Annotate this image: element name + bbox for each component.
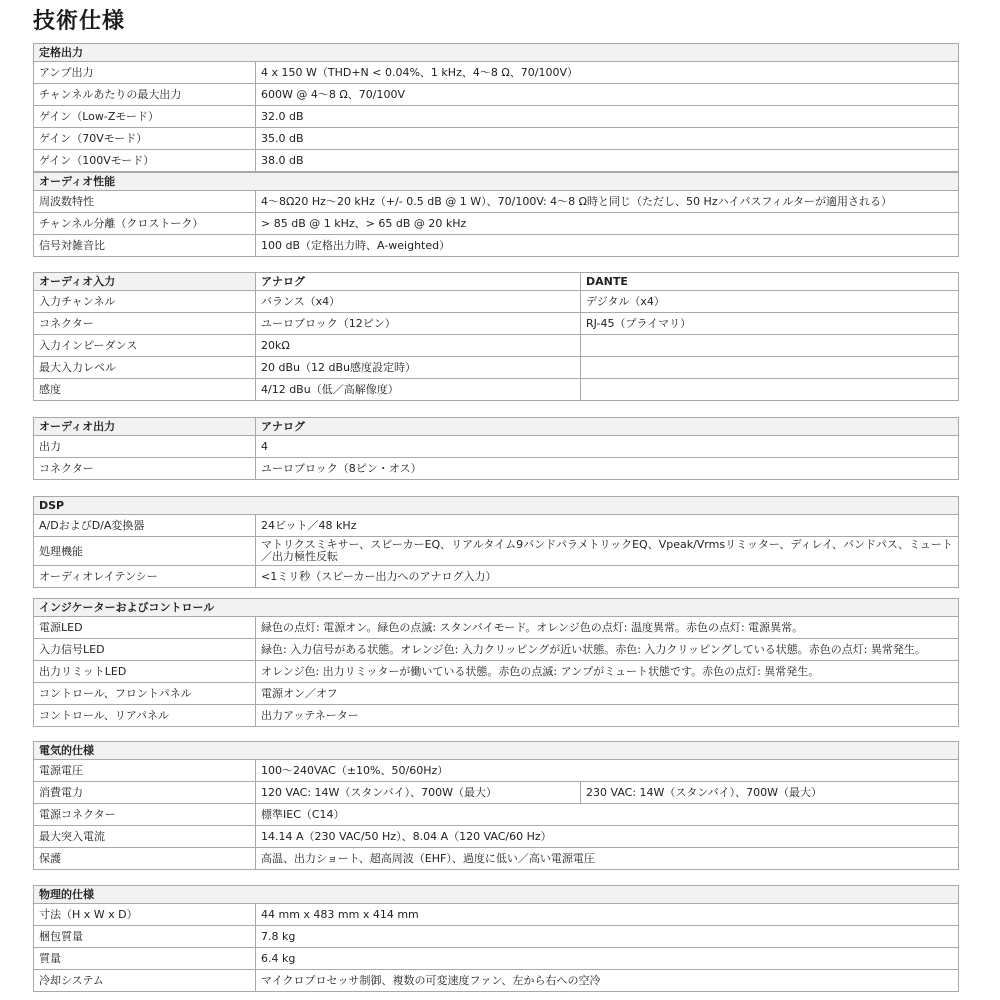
row-label: 出力リミットLED	[34, 661, 256, 683]
table-row: 最大突入電流14.14 A（230 VAC/50 Hz）、8.04 A（120 …	[34, 826, 959, 848]
table-row: ゲイン（100Vモード）38.0 dB	[34, 150, 959, 172]
row-value: オレンジ色: 出力リミッターが働いている状態。赤色の点滅: アンプがミュート状態…	[256, 661, 959, 683]
section-header: オーディオ性能	[34, 173, 959, 191]
section-header: DSP	[34, 497, 959, 515]
table-electrical: 電気的仕様 電源電圧100〜240VAC（±10%、50/60Hz） 消費電力1…	[33, 741, 959, 870]
table-audio-performance: オーディオ性能 周波数特性4〜8Ω20 Hz〜20 kHz（+/- 0.5 dB…	[33, 172, 959, 257]
row-label: 消費電力	[34, 782, 256, 804]
table-row: 信号対雑音比100 dB（定格出力時、A-weighted）	[34, 235, 959, 257]
row-label: 電源LED	[34, 617, 256, 639]
table-row: 入力インピーダンス20kΩ	[34, 335, 959, 357]
table-row: 電源電圧100〜240VAC（±10%、50/60Hz）	[34, 760, 959, 782]
section-header: オーディオ入力	[34, 273, 256, 291]
table-row: A/DおよびD/A変換器24ビット／48 kHz	[34, 515, 959, 537]
row-value-analog: 4/12 dBu（低／高解像度）	[256, 379, 581, 401]
row-value: 4〜8Ω20 Hz〜20 kHz（+/- 0.5 dB @ 1 W）、70/10…	[256, 191, 959, 213]
table-row: 電源LED緑色の点灯: 電源オン。緑色の点滅: スタンバイモード。オレンジ色の点…	[34, 617, 959, 639]
row-value: 4 x 150 W（THD+N < 0.04%、1 kHz、4〜8 Ω、70/1…	[256, 62, 959, 84]
row-label: ゲイン（100Vモード）	[34, 150, 256, 172]
table-row: 入力チャンネルバランス（x4）デジタル（x4）	[34, 291, 959, 313]
row-value: 緑色の点灯: 電源オン。緑色の点滅: スタンバイモード。オレンジ色の点灯: 温度…	[256, 617, 959, 639]
row-value: 38.0 dB	[256, 150, 959, 172]
table-row: チャンネル分離（クロストーク）> 85 dB @ 1 kHz、> 65 dB @…	[34, 213, 959, 235]
table-row: 質量6.4 kg	[34, 948, 959, 970]
row-value-dante: RJ-45（プライマリ）	[581, 313, 959, 335]
row-value: 7.8 kg	[256, 926, 959, 948]
row-label: 入力信号LED	[34, 639, 256, 661]
row-value-230vac: 230 VAC: 14W（スタンバイ）、700W（最大）	[581, 782, 959, 804]
table-row: 冷却システムマイクロプロセッサ制御、複数の可変速度ファン、左から右への空冷	[34, 970, 959, 992]
row-value: 32.0 dB	[256, 106, 959, 128]
table-row: コントロール、フロントパネル電源オン／オフ	[34, 683, 959, 705]
row-label: 電源電圧	[34, 760, 256, 782]
section-header: 定格出力	[34, 44, 959, 62]
row-value: 出力アッテネーター	[256, 705, 959, 727]
row-label: A/DおよびD/A変換器	[34, 515, 256, 537]
table-row: 電源コネクター標準IEC（C14）	[34, 804, 959, 826]
table-physical: 物理的仕様 寸法（H x W x D）44 mm x 483 mm x 414 …	[33, 885, 959, 992]
row-label: 入力チャンネル	[34, 291, 256, 313]
table-row: 入力信号LED緑色: 入力信号がある状態。オレンジ色: 入力クリッピングが近い状…	[34, 639, 959, 661]
row-value-dante	[581, 379, 959, 401]
row-label: 信号対雑音比	[34, 235, 256, 257]
row-label: 電源コネクター	[34, 804, 256, 826]
table-row: コネクターユーロブロック（8ピン・オス）	[34, 458, 959, 480]
column-header-dante: DANTE	[581, 273, 959, 291]
row-label: コントロール、フロントパネル	[34, 683, 256, 705]
row-value: <1ミリ秒（スピーカー出力へのアナログ入力）	[256, 566, 959, 588]
row-label: コネクター	[34, 458, 256, 480]
row-value-analog: ユーロブロック（12ピン）	[256, 313, 581, 335]
row-value: 35.0 dB	[256, 128, 959, 150]
row-label: ゲイン（70Vモード）	[34, 128, 256, 150]
table-dsp: DSP A/DおよびD/A変換器24ビット／48 kHz 処理機能マトリクスミキ…	[33, 496, 959, 588]
row-value-dante	[581, 335, 959, 357]
row-label: 質量	[34, 948, 256, 970]
table-row: 出力4	[34, 436, 959, 458]
row-value-analog: 20kΩ	[256, 335, 581, 357]
row-value: 電源オン／オフ	[256, 683, 959, 705]
table-row: チャンネルあたりの最大出力600W @ 4〜8 Ω、70/100V	[34, 84, 959, 106]
row-value: 緑色: 入力信号がある状態。オレンジ色: 入力クリッピングが近い状態。赤色: 入…	[256, 639, 959, 661]
row-label: コントロール、リアパネル	[34, 705, 256, 727]
section-header: 電気的仕様	[34, 742, 959, 760]
row-label: ゲイン（Low-Zモード）	[34, 106, 256, 128]
table-row: 最大入力レベル20 dBu（12 dBu感度設定時）	[34, 357, 959, 379]
row-label: チャンネル分離（クロストーク）	[34, 213, 256, 235]
table-row: アンプ出力4 x 150 W（THD+N < 0.04%、1 kHz、4〜8 Ω…	[34, 62, 959, 84]
row-label: 寸法（H x W x D）	[34, 904, 256, 926]
row-label: 感度	[34, 379, 256, 401]
section-header: オーディオ出力	[34, 418, 256, 436]
table-row: 周波数特性4〜8Ω20 Hz〜20 kHz（+/- 0.5 dB @ 1 W）、…	[34, 191, 959, 213]
table-row: 出力リミットLEDオレンジ色: 出力リミッターが働いている状態。赤色の点滅: ア…	[34, 661, 959, 683]
row-value: 600W @ 4〜8 Ω、70/100V	[256, 84, 959, 106]
table-audio-input: オーディオ入力 アナログ DANTE 入力チャンネルバランス（x4）デジタル（x…	[33, 272, 959, 401]
table-row: 処理機能マトリクスミキサー、スピーカーEQ、リアルタイム9バンドパラメトリックE…	[34, 537, 959, 566]
table-row: 感度4/12 dBu（低／高解像度）	[34, 379, 959, 401]
row-label: 冷却システム	[34, 970, 256, 992]
page-title: 技術仕様	[33, 4, 125, 35]
row-value: マトリクスミキサー、スピーカーEQ、リアルタイム9バンドパラメトリックEQ、Vp…	[256, 537, 959, 566]
table-rated-output: 定格出力 アンプ出力4 x 150 W（THD+N < 0.04%、1 kHz、…	[33, 43, 959, 172]
row-value: 14.14 A（230 VAC/50 Hz）、8.04 A（120 VAC/60…	[256, 826, 959, 848]
row-value-dante: デジタル（x4）	[581, 291, 959, 313]
row-value: 24ビット／48 kHz	[256, 515, 959, 537]
row-label: アンプ出力	[34, 62, 256, 84]
row-label: オーディオレイテンシー	[34, 566, 256, 588]
row-label: 入力インピーダンス	[34, 335, 256, 357]
row-value: 4	[256, 436, 959, 458]
row-value: 100〜240VAC（±10%、50/60Hz）	[256, 760, 959, 782]
row-value: > 85 dB @ 1 kHz、> 65 dB @ 20 kHz	[256, 213, 959, 235]
row-label: コネクター	[34, 313, 256, 335]
table-indicators: インジケーターおよびコントロール 電源LED緑色の点灯: 電源オン。緑色の点滅:…	[33, 598, 959, 727]
row-value: ユーロブロック（8ピン・オス）	[256, 458, 959, 480]
row-value: 高温、出力ショート、超高周波（EHF）、過度に低い／高い電源電圧	[256, 848, 959, 870]
row-label: チャンネルあたりの最大出力	[34, 84, 256, 106]
table-row: 梱包質量7.8 kg	[34, 926, 959, 948]
section-header: インジケーターおよびコントロール	[34, 599, 959, 617]
table-row: コネクターユーロブロック（12ピン）RJ-45（プライマリ）	[34, 313, 959, 335]
row-label: 周波数特性	[34, 191, 256, 213]
row-value: 44 mm x 483 mm x 414 mm	[256, 904, 959, 926]
column-header-analog: アナログ	[256, 273, 581, 291]
row-value: 6.4 kg	[256, 948, 959, 970]
row-value-120vac: 120 VAC: 14W（スタンバイ）、700W（最大）	[256, 782, 581, 804]
table-audio-output: オーディオ出力 アナログ 出力4 コネクターユーロブロック（8ピン・オス）	[33, 417, 959, 480]
row-value-analog: バランス（x4）	[256, 291, 581, 313]
table-row: コントロール、リアパネル出力アッテネーター	[34, 705, 959, 727]
row-value: マイクロプロセッサ制御、複数の可変速度ファン、左から右への空冷	[256, 970, 959, 992]
column-header-analog: アナログ	[256, 418, 959, 436]
row-label: 最大突入電流	[34, 826, 256, 848]
table-row: 保護高温、出力ショート、超高周波（EHF）、過度に低い／高い電源電圧	[34, 848, 959, 870]
row-value: 標準IEC（C14）	[256, 804, 959, 826]
row-label: 梱包質量	[34, 926, 256, 948]
row-label: 最大入力レベル	[34, 357, 256, 379]
table-row: ゲイン（Low-Zモード）32.0 dB	[34, 106, 959, 128]
row-value-analog: 20 dBu（12 dBu感度設定時）	[256, 357, 581, 379]
row-value-dante	[581, 357, 959, 379]
row-label: 出力	[34, 436, 256, 458]
row-value: 100 dB（定格出力時、A-weighted）	[256, 235, 959, 257]
table-row: 消費電力120 VAC: 14W（スタンバイ）、700W（最大）230 VAC:…	[34, 782, 959, 804]
table-row: ゲイン（70Vモード）35.0 dB	[34, 128, 959, 150]
row-label: 処理機能	[34, 537, 256, 566]
section-header: 物理的仕様	[34, 886, 959, 904]
row-label: 保護	[34, 848, 256, 870]
table-row: 寸法（H x W x D）44 mm x 483 mm x 414 mm	[34, 904, 959, 926]
table-row: オーディオレイテンシー<1ミリ秒（スピーカー出力へのアナログ入力）	[34, 566, 959, 588]
